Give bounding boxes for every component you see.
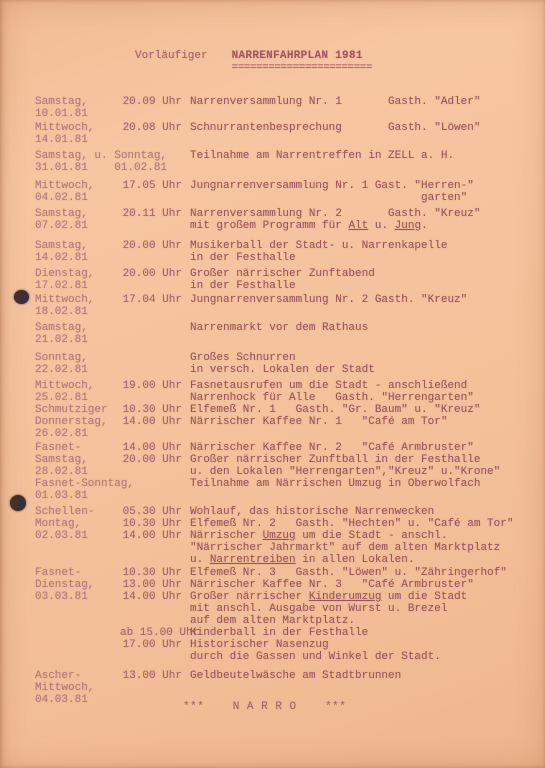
- description-line: Historischer Nasenzug: [190, 639, 545, 651]
- description-cell: Elfemeß Nr. 3 Gasth. "Löwen" u. "Zähring…: [182, 567, 545, 663]
- date-cell: Mittwoch,25.02.81: [35, 380, 120, 404]
- date-cell: Mittwoch,14.01.81: [35, 122, 120, 146]
- time-line: ab 15.00 Uhr: [120, 627, 182, 639]
- date-line: 17.02.81: [35, 280, 120, 292]
- schedule-row: Samstag,07.02.81 20.11 Uhr Narrenversamm…: [0, 208, 545, 232]
- description-line: Elfemeß Nr. 2 Gasth. "Hechten" u. "Café …: [190, 518, 545, 530]
- date-line: Mittwoch,: [35, 122, 120, 134]
- date-cell: Mittwoch,04.02.81: [35, 180, 120, 204]
- time-line: 14.00 Uhr: [120, 442, 182, 454]
- date-line: Samstag,: [35, 454, 120, 466]
- description-line: Kinderball in der Festhalle: [190, 627, 545, 639]
- description-cell: Teilnahme am Närrischen Umzug in Oberwol…: [182, 478, 545, 502]
- description-line: Narrenhock für Alle Gasth. "Herrengarten…: [190, 392, 545, 404]
- date-line: Schmutziger: [35, 404, 120, 416]
- description-line: Elfemeß Nr. 1 Gasth. "Gr. Baum" u. "Kreu…: [190, 404, 545, 416]
- schedule-row: Fasnet-Dienstag,03.03.81 10.30 Uhr13.00 …: [0, 567, 545, 663]
- underlined-text: Umzug: [263, 530, 296, 542]
- time-cell: 05.30 Uhr10.30 Uhr14.00 Uhr: [120, 506, 182, 566]
- description-line: Großer närrischer Zunftball in der Festh…: [190, 454, 545, 466]
- date-cell: Ascher-Mittwoch,04.03.81: [35, 670, 120, 706]
- date-cell: SchmutzigerDonnerstag,26.02.81: [35, 404, 120, 440]
- date-line: Samstag,: [35, 240, 120, 252]
- description-line: Großer närrischer Zunftabend: [190, 268, 545, 280]
- time-cell: [120, 150, 182, 174]
- description-cell: Närrischer Kaffee Nr. 2 "Café Armbruster…: [182, 442, 545, 478]
- time-line: 13.00 Uhr: [120, 579, 182, 591]
- date-line: Dienstag,: [35, 268, 120, 280]
- description-cell: Schnurrantenbesprechung Gasth. "Löwen": [182, 122, 545, 146]
- date-line: 25.02.81: [35, 392, 120, 404]
- schedule-row: Schellen-Montag,02.03.81 05.30 Uhr10.30 …: [0, 506, 545, 566]
- date-cell: Schellen-Montag,02.03.81: [35, 506, 120, 566]
- date-line: Schellen-: [35, 506, 120, 518]
- schedule-row: Mittwoch,25.02.81 19.00 Uhr Fasnetausruf…: [0, 380, 545, 404]
- date-line: 01.03.81: [35, 490, 120, 502]
- time-cell: 20.08 Uhr: [120, 122, 182, 146]
- description-line: u. den Lokalen "Herrengarten","Kreuz" u.…: [190, 466, 545, 478]
- description-line: durch die Gassen und Winkel der Stadt.: [190, 651, 545, 663]
- date-cell: Samstag,14.02.81: [35, 240, 120, 264]
- date-line: 14.02.81: [35, 252, 120, 264]
- schedule-row: Mittwoch,04.02.81 17.05 Uhr Jungnarrenve…: [0, 180, 545, 204]
- description-line: mit großem Programm für Alt u. Jung.: [190, 220, 545, 232]
- description-cell: Großer närrischer Zunftabendin der Festh…: [182, 268, 545, 292]
- description-line: Elfemeß Nr. 3 Gasth. "Löwen" u. "Zähring…: [190, 567, 545, 579]
- date-cell: Samstag,07.02.81: [35, 208, 120, 232]
- date-line: Mittwoch,: [35, 180, 120, 192]
- description-line: Wohlauf, das historische Narrenwecken: [190, 506, 545, 518]
- description-line: Närrischer Umzug um die Stadt - anschl.: [190, 530, 545, 542]
- time-line: 13.00 Uhr: [120, 670, 182, 682]
- time-line: 10.30 Uhr: [120, 404, 182, 416]
- description-cell: Jungnarrenversammlung Nr. 1 Gast. "Herre…: [182, 180, 545, 204]
- time-cell: 20.00 Uhr: [120, 240, 182, 264]
- time-cell: 10.30 Uhr14.00 Uhr: [120, 404, 182, 440]
- description-cell: Narrenversammlung Nr. 2 Gasth. "Kreuz"mi…: [182, 208, 545, 232]
- description-cell: Teilnahme am Narrentreffen in ZELL a. H.: [182, 150, 545, 174]
- schedule-row: Samstag, u. Sonntag,31.01.81 01.02.81 Te…: [0, 150, 545, 174]
- description-line: Jungnarrenversammlung Nr. 1 Gast. "Herre…: [190, 180, 545, 192]
- time-cell: 17.05 Uhr: [120, 180, 182, 204]
- date-line: Samstag, u. Sonntag,: [35, 150, 120, 162]
- date-line: Mittwoch,: [35, 380, 120, 392]
- schedule-row: Samstag,10.01.81 20.09 Uhr Narrenversamm…: [0, 96, 545, 120]
- date-line: Montag,: [35, 518, 120, 530]
- description-line: Großer närrischer Kinderumzug um die Sta…: [190, 591, 545, 603]
- date-line: Mittwoch,: [35, 294, 120, 306]
- time-cell: 20.09 Uhr: [120, 96, 182, 120]
- description-line: Narrenversammlung Nr. 1 Gasth. "Adler": [190, 96, 545, 108]
- schedule-row: Samstag,14.02.81 20.00 Uhr Musikerball d…: [0, 240, 545, 264]
- date-line: 10.01.81: [35, 108, 120, 120]
- description-cell: Fasnetausrufen um die Stadt - anschließe…: [182, 380, 545, 404]
- schedule-row: Samstag,21.02.81 Narrenmarkt vor dem Rat…: [0, 322, 545, 346]
- date-cell: Samstag,21.02.81: [35, 322, 120, 346]
- date-cell: Fasnet-Dienstag,03.03.81: [35, 567, 120, 663]
- document-page: VorläufigerNARRENFAHRPLAN 1981 =========…: [0, 0, 545, 768]
- footer-narro: *** N A R R O ***: [183, 701, 346, 713]
- time-line: 20.00 Uhr: [120, 240, 182, 252]
- date-line: Mittwoch,: [35, 682, 120, 694]
- time-line: 05.30 Uhr: [120, 506, 182, 518]
- schedule-row: Dienstag,17.02.81 20.00 Uhr Großer närri…: [0, 268, 545, 292]
- description-cell: Narrenversammlung Nr. 1 Gasth. "Adler": [182, 96, 545, 120]
- schedule-row: Fasnet-Samstag,28.02.81 14.00 Uhr20.00 U…: [0, 442, 545, 478]
- date-line: 22.02.81: [35, 364, 120, 376]
- date-line: Sonntag,: [35, 352, 120, 364]
- description-line: Närrischer Kaffee Nr. 1 "Café am Tor": [190, 416, 545, 428]
- time-line: 10.30 Uhr: [120, 518, 182, 530]
- time-line: 10.30 Uhr: [120, 567, 182, 579]
- date-line: 18.02.81: [35, 306, 120, 318]
- title-underline: =======================: [135, 62, 545, 74]
- time-cell: [120, 478, 182, 502]
- description-line: garten": [190, 192, 545, 204]
- description-line: Schnurrantenbesprechung Gasth. "Löwen": [190, 122, 545, 134]
- time-cell: 19.00 Uhr: [120, 380, 182, 404]
- date-line: 21.02.81: [35, 334, 120, 346]
- time-line: 20.00 Uhr: [120, 454, 182, 466]
- description-cell: Großes Schnurrenin versch. Lokalen der S…: [182, 352, 545, 376]
- time-cell: [120, 322, 182, 346]
- description-line: Musikerball der Stadt- u. Narrenkapelle: [190, 240, 545, 252]
- time-line: 17.00 Uhr: [120, 639, 182, 651]
- document-content: VorläufigerNARRENFAHRPLAN 1981 =========…: [0, 50, 545, 706]
- date-cell: Sonntag,22.02.81: [35, 352, 120, 376]
- description-cell: Wohlauf, das historische NarrenweckenElf…: [182, 506, 545, 566]
- title-block: VorläufigerNARRENFAHRPLAN 1981 =========…: [0, 50, 545, 74]
- description-line: "Närrischer Jahrmarkt" auf dem alten Mar…: [190, 542, 545, 554]
- description-line: in versch. Lokalen der Stadt: [190, 364, 545, 376]
- date-line: 02.03.81: [35, 530, 120, 542]
- time-line: 20.09 Uhr: [120, 96, 182, 108]
- time-line: 17.05 Uhr: [120, 180, 182, 192]
- page-title: NARRENFAHRPLAN 1981: [232, 50, 363, 62]
- description-cell: Musikerball der Stadt- u. Narrenkapellei…: [182, 240, 545, 264]
- time-line: 19.00 Uhr: [120, 380, 182, 392]
- date-cell: Dienstag,17.02.81: [35, 268, 120, 292]
- description-line: auf dem alten Marktplatz.: [190, 615, 545, 627]
- time-line: 20.11 Uhr: [120, 208, 182, 220]
- date-line: Fasnet-: [35, 567, 120, 579]
- description-line: Großes Schnurren: [190, 352, 545, 364]
- schedule-rows: Samstag,10.01.81 20.09 Uhr Narrenversamm…: [0, 96, 545, 706]
- description-line: u. Narrentreiben in allen Lokalen.: [190, 554, 545, 566]
- title-prefix: Vorläufiger: [135, 50, 208, 62]
- time-line: 14.00 Uhr: [120, 416, 182, 428]
- date-line: Fasnet-: [35, 442, 120, 454]
- underlined-text: Kinderumzug: [309, 591, 382, 603]
- time-cell: 13.00 Uhr: [120, 670, 182, 706]
- underlined-text: Jung: [395, 220, 421, 232]
- description-line: Teilnahme am Narrentreffen in ZELL a. H.: [190, 150, 545, 162]
- date-line: 04.02.81: [35, 192, 120, 204]
- description-line: Närrischer Kaffee Nr. 2 "Café Armbruster…: [190, 442, 545, 454]
- date-cell: Samstag,10.01.81: [35, 96, 120, 120]
- underlined-text: Alt: [348, 220, 368, 232]
- time-line: [120, 615, 182, 627]
- date-line: Samstag,: [35, 322, 120, 334]
- time-line: 14.00 Uhr: [120, 591, 182, 603]
- time-line: 20.00 Uhr: [120, 268, 182, 280]
- date-line: 04.03.81: [35, 694, 120, 706]
- underlined-text: Narrentreiben: [210, 554, 296, 566]
- date-line: Fasnet-Sonntag,: [35, 478, 120, 490]
- time-line: 20.08 Uhr: [120, 122, 182, 134]
- date-line: 26.02.81: [35, 428, 120, 440]
- date-line: 28.02.81: [35, 466, 120, 478]
- description-line: Narrenmarkt vor dem Rathaus: [190, 322, 545, 334]
- description-cell: Jungnarrenversammlung Nr. 2 Gasth. "Kreu…: [182, 294, 545, 318]
- time-line: 14.00 Uhr: [120, 530, 182, 542]
- time-line: 17.04 Uhr: [120, 294, 182, 306]
- description-line: Geldbeutelwäsche am Stadtbrunnen: [190, 670, 545, 682]
- description-cell: Narrenmarkt vor dem Rathaus: [182, 322, 545, 346]
- description-line: Teilnahme am Närrischen Umzug in Oberwol…: [190, 478, 545, 490]
- date-line: 07.02.81: [35, 220, 120, 232]
- date-line: Dienstag,: [35, 579, 120, 591]
- date-line: 14.01.81: [35, 134, 120, 146]
- date-cell: Mittwoch,18.02.81: [35, 294, 120, 318]
- time-cell: 14.00 Uhr20.00 Uhr: [120, 442, 182, 478]
- time-cell: 20.11 Uhr: [120, 208, 182, 232]
- time-cell: 10.30 Uhr13.00 Uhr14.00 Uhrab 15.00 Uhr1…: [120, 567, 182, 663]
- description-line: Närrischer Kaffee Nr. 3 "Café Armbruster…: [190, 579, 545, 591]
- description-line: Fasnetausrufen um die Stadt - anschließe…: [190, 380, 545, 392]
- schedule-row: Sonntag,22.02.81 Großes Schnurrenin vers…: [0, 352, 545, 376]
- time-cell: 20.00 Uhr: [120, 268, 182, 292]
- date-line: Donnerstag,: [35, 416, 120, 428]
- description-line: mit anschl. Ausgabe von Wurst u. Brezel: [190, 603, 545, 615]
- date-cell: Fasnet-Sonntag,01.03.81: [35, 478, 120, 502]
- date-line: Samstag,: [35, 208, 120, 220]
- description-line: in der Festhalle: [190, 252, 545, 264]
- description-cell: Elfemeß Nr. 1 Gasth. "Gr. Baum" u. "Kreu…: [182, 404, 545, 440]
- date-line: 31.01.81 01.02.81: [35, 162, 120, 174]
- date-cell: Samstag, u. Sonntag,31.01.81 01.02.81: [35, 150, 120, 174]
- description-line: Narrenversammlung Nr. 2 Gasth. "Kreuz": [190, 208, 545, 220]
- schedule-row: Mittwoch,14.01.81 20.08 Uhr Schnurranten…: [0, 122, 545, 146]
- schedule-row: Fasnet-Sonntag,01.03.81 Teilnahme am När…: [0, 478, 545, 502]
- date-cell: Fasnet-Samstag,28.02.81: [35, 442, 120, 478]
- description-line: in der Festhalle: [190, 280, 545, 292]
- date-line: Samstag,: [35, 96, 120, 108]
- description-line: Jungnarrenversammlung Nr. 2 Gasth. "Kreu…: [190, 294, 545, 306]
- time-line: [120, 603, 182, 615]
- date-line: Ascher-: [35, 670, 120, 682]
- schedule-row: SchmutzigerDonnerstag,26.02.81 10.30 Uhr…: [0, 404, 545, 440]
- time-cell: [120, 352, 182, 376]
- schedule-row: Mittwoch,18.02.81 17.04 Uhr Jungnarrenve…: [0, 294, 545, 318]
- date-line: 03.03.81: [35, 591, 120, 603]
- title-line: VorläufigerNARRENFAHRPLAN 1981: [135, 50, 545, 62]
- time-cell: 17.04 Uhr: [120, 294, 182, 318]
